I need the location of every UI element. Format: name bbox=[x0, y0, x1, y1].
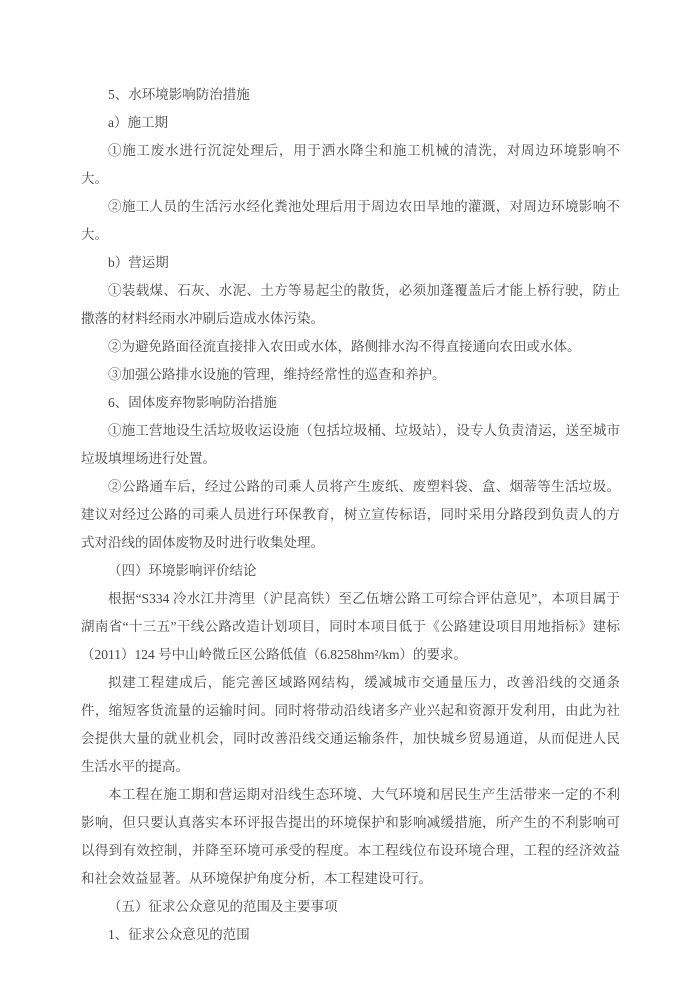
heading-eia-conclusion: （四）环境影响评价结论 bbox=[81, 557, 620, 585]
para-drainage-management: ③加强公路排水设施的管理，维持经常性的巡查和养护。 bbox=[81, 361, 620, 389]
heading-solid-waste-measures: 6、固体废弃物影响防治措施 bbox=[81, 389, 620, 417]
para-traffic-litter: ②公路通车后，经过公路的司乘人员将产生废纸、废塑料袋、盒、烟蒂等生活垃圾。建议对… bbox=[81, 473, 620, 557]
para-adverse-impact-conclusion: 本工程在施工期和营运期对沿线生态环境、大气环境和居民生产生活带来一定的不利影响，… bbox=[81, 781, 620, 893]
heading-public-opinion-scope: （五）征求公众意见的范围及主要事项 bbox=[81, 893, 620, 921]
para-construction-camp-waste: ①施工营地设生活垃圾收运设施（包括垃圾桶、垃圾站），设专人负责清运，送至城市垃圾… bbox=[81, 417, 620, 473]
heading-construction-period: a）施工期 bbox=[81, 109, 620, 137]
para-dust-cargo-cover: ①装载煤、石灰、水泥、土方等易起尘的散货，必须加蓬覆盖后才能上桥行驶，防止撒落的… bbox=[81, 277, 620, 333]
para-domestic-sewage: ②施工人员的生活污水经化粪池处理后用于周边农田旱地的灌溉，对周边环境影响不大。 bbox=[81, 193, 620, 249]
heading-public-opinion-range: 1、征求公众意见的范围 bbox=[81, 921, 620, 949]
heading-water-env-measures: 5、水环境影响防治措施 bbox=[81, 81, 620, 109]
para-construction-wastewater: ①施工废水进行沉淀处理后，用于洒水降尘和施工机械的清洗，对周边环境影响不大。 bbox=[81, 137, 620, 193]
para-project-basis: 根据“S334 冷水江井湾里（沪昆高铁）至乙伍塘公路工可综合评估意见”，本项目属… bbox=[81, 585, 620, 669]
heading-operation-period: b）营运期 bbox=[81, 249, 620, 277]
para-road-runoff: ②为避免路面径流直接排入农田或水体，路侧排水沟不得直接通向农田或水体。 bbox=[81, 333, 620, 361]
para-project-benefits: 拟建工程建成后，能完善区域路网结构，缓减城市交通量压力，改善沿线的交通条件，缩短… bbox=[81, 669, 620, 781]
document-page: 5、水环境影响防治措施 a）施工期 ①施工废水进行沉淀处理后，用于洒水降尘和施工… bbox=[81, 81, 620, 949]
